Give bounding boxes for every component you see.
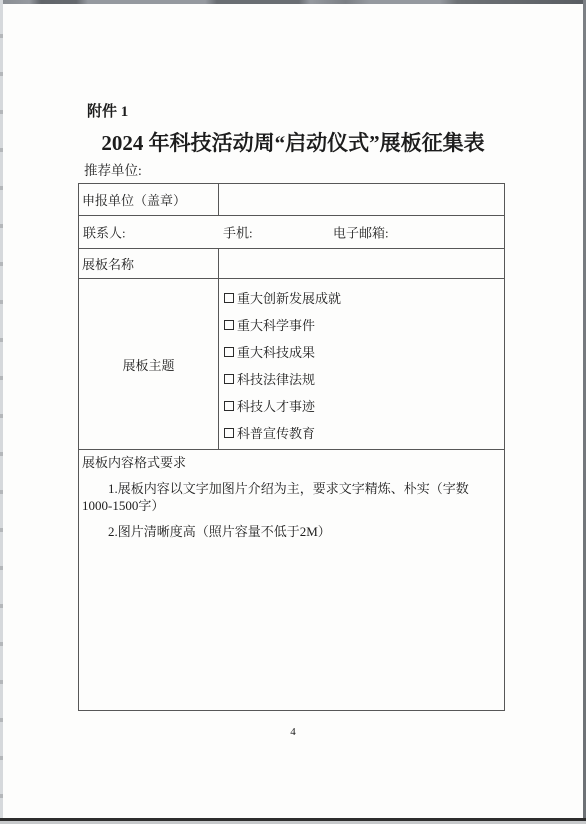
document-title: 2024 年科技活动周“启动仪式”展板征集表 [0, 127, 586, 157]
applicant-unit-value [219, 184, 504, 215]
theme-option: 科技法律法规 [224, 369, 500, 388]
checkbox-icon [224, 320, 234, 330]
theme-option-label: 科技人才事迹 [237, 396, 315, 415]
page-number: 4 [0, 726, 586, 738]
checkbox-icon [224, 374, 234, 384]
theme-option-label: 科普宣传教育 [237, 423, 315, 442]
checkbox-icon [224, 428, 234, 438]
scan-edge-left [0, 0, 3, 824]
scan-edge-top [0, 0, 586, 4]
requirement-item: 1.展板内容以文字加图片介绍为主，要求文字精炼、朴实（字数1000-1500字） [82, 480, 498, 514]
checkbox-icon [224, 401, 234, 411]
theme-option: 重大科学事件 [224, 315, 500, 334]
theme-options-list: 重大创新发展成就 重大科学事件 重大科技成果 科技法律法规 科技人才事迹 [219, 279, 504, 449]
theme-option: 重大科技成果 [224, 342, 500, 361]
form-table: 申报单位（盖章） 联系人: 手机: 电子邮箱: 展板名称 展板主题 重大创新发展… [78, 183, 505, 711]
theme-option-label: 重大科学事件 [237, 315, 315, 334]
recommending-unit-label: 推荐单位: [84, 159, 142, 179]
scanned-document-page: 附件 1 2024 年科技活动周“启动仪式”展板征集表 推荐单位: 申报单位（盖… [0, 0, 586, 824]
theme-option: 科普宣传教育 [224, 423, 500, 442]
theme-option: 重大创新发展成就 [224, 288, 500, 307]
requirement-item: 2.图片清晰度高（照片容量不低于2M） [82, 523, 498, 540]
theme-option-label: 重大科技成果 [237, 342, 315, 361]
contact-person-label: 联系人: [83, 223, 126, 242]
attachment-label: 附件 1 [87, 100, 128, 121]
checkbox-icon [224, 347, 234, 357]
table-row-board-theme: 展板主题 重大创新发展成就 重大科学事件 重大科技成果 科技法律法规 [79, 278, 504, 449]
email-label: 电子邮箱: [333, 223, 389, 242]
table-row-format-requirements: 展板内容格式要求 1.展板内容以文字加图片介绍为主，要求文字精炼、朴实（字数10… [79, 449, 504, 710]
board-theme-label: 展板主题 [79, 279, 219, 449]
table-row-board-name: 展板名称 [79, 248, 504, 278]
table-row-contact: 联系人: 手机: 电子邮箱: [79, 215, 504, 248]
checkbox-icon [224, 293, 234, 303]
applicant-unit-label: 申报单位（盖章） [79, 184, 219, 215]
mobile-label: 手机: [223, 223, 253, 242]
board-name-label: 展板名称 [79, 249, 219, 278]
theme-option-label: 重大创新发展成就 [237, 288, 341, 307]
table-row-applicant-unit: 申报单位（盖章） [79, 184, 504, 215]
requirements-title: 展板内容格式要求 [82, 455, 498, 471]
theme-option: 科技人才事迹 [224, 396, 500, 415]
theme-option-label: 科技法律法规 [237, 369, 315, 388]
board-name-value [219, 249, 504, 278]
